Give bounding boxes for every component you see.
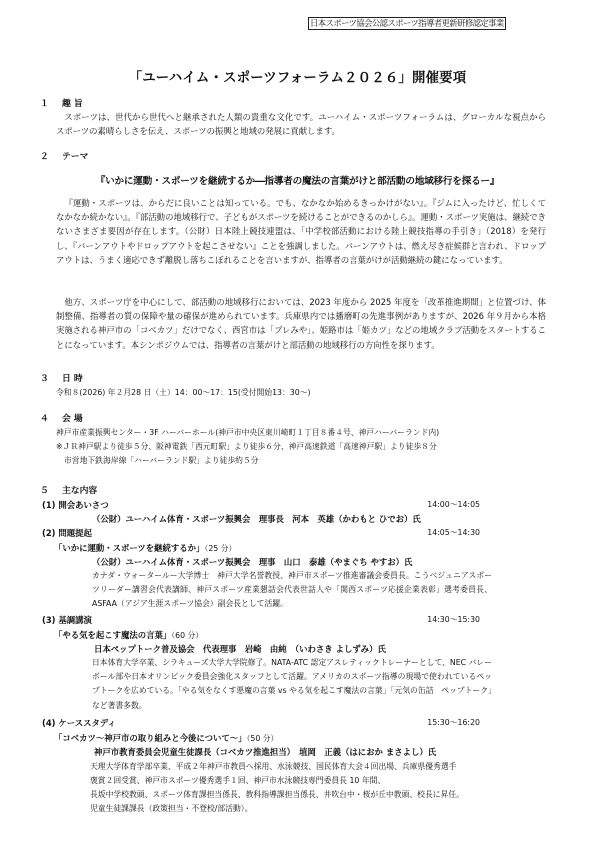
section-datetime-heading: ３日 時 xyxy=(40,372,83,386)
program-item-4-time: 15:30～16:20 xyxy=(427,716,480,730)
program-item-4-speaker: 神戸市教育委員会児童生徒課長（コベカツ推進担当） 埴岡 正義（はにおか まさよし… xyxy=(94,745,436,759)
program-item-3-bio: 日本体育大学卒業、シラキューズ大学大学院修了。NATA-ATC 認定アスレティッ… xyxy=(92,656,492,713)
certification-badge: 日本スポーツ協会公認スポーツ指導者更新研修認定事業 xyxy=(308,17,506,30)
venue-access: ※ＪＲ神戸駅より徒歩５分、阪神電鉄「西元町駅」より徒歩６分、神戸高速鉄道「高速神… xyxy=(56,440,437,454)
theme-paragraph-1: 『運動・スポーツは、からだに良いことは知っている。でも、なかなか始めるきっかけが… xyxy=(56,196,546,267)
purpose-text: スポーツは、世代から世代へと継承された人類の貴重な文化です。ユーハイム・スポーツ… xyxy=(56,110,546,138)
section-theme-heading: ２テーマ xyxy=(40,150,88,164)
program-item-3-talk: 「やる気を起こす魔法の言葉」（60 分） xyxy=(54,628,203,643)
event-datetime: 令和８(2026) 年２月28 日（土）14：00～17：15(受付開始13：3… xyxy=(56,386,311,400)
program-item-3-label: (3) 基調講演 xyxy=(42,613,92,627)
program-item-4-bio-line-3: 長坂中学校教頭、スポーツ体育課担当係長、教科指導課担当係長、井吹台中・桜が丘中教… xyxy=(90,788,464,802)
venue-access-subway: 市営地下鉄海岸線「ハーバーランド駅」より徒歩約５分 xyxy=(64,454,259,468)
theme-paragraph-2: 他方、スポーツ庁を中心にして、部活動の地域移行においては、2023 年度から 2… xyxy=(56,295,546,352)
section-program-heading: ５主な内容 xyxy=(40,484,97,498)
program-item-4-label: (4) ケーススタディ xyxy=(42,716,116,730)
program-item-4-bio-line-1: 天理大学体育学部卒業、平成２年神戸市教員へ採用、水泳競技、国民体育大会４回出場、… xyxy=(90,760,456,774)
program-item-2-speaker: （公財）ユーハイム体育・スポーツ振興会 理事 山口 泰雄（やまぐち やすお）氏 xyxy=(92,555,412,569)
program-item-2-talk: 「いかに運動・スポーツを継続するか」（25 分） xyxy=(54,541,236,556)
program-item-2-label: (2) 問題提起 xyxy=(42,526,92,540)
program-item-1-time: 14:00～14:05 xyxy=(427,498,480,512)
program-item-4-bio-line-4: 児童生徒課課長（政策担当・不登校/部活動）。 xyxy=(90,802,252,816)
program-item-4-bio-line-2: 褒賞２回受賞、神戸市スポーツ優秀選手１回、神戸市水泳競技専門委員長 10 年間、 xyxy=(90,774,385,788)
program-item-1-speaker: （公財）ユーハイム体育・スポーツ振興会 理事長 河本 英雄（かわもと ひでお）氏 xyxy=(92,512,421,526)
program-item-4-talk: 「コベカツ～神戸市の取り組みと今後について～」（50 分） xyxy=(54,731,278,746)
section-venue-heading: ４会 場 xyxy=(40,412,83,426)
venue-address: 神戸市産業振興センター・3F ハーバーホール(神戸市中央区東川崎町１丁目８番４号… xyxy=(56,426,439,440)
program-item-3-speaker: 日本ペップトーク普及協会 代表理事 岩崎 由純 （いわさき よしずみ）氏 xyxy=(94,642,386,656)
program-item-2-bio: カナダ・ウォータールー大学博士 神戸大学名誉教授、神戸市スポーツ推進審議会委員長… xyxy=(92,569,492,612)
program-item-1-label: (1) 開会あいさつ xyxy=(42,498,109,512)
document-title: 「ユーハイム・スポーツフォーラム２０２６」開催要項 xyxy=(0,70,595,88)
program-item-2-time: 14:05～14:30 xyxy=(427,526,480,540)
program-item-3-time: 14:30～15:30 xyxy=(427,613,480,627)
theme-title: 『いかに運動・スポーツを継続するか―指導者の魔法の言葉がけと部活動の地域移行を探… xyxy=(0,175,595,189)
